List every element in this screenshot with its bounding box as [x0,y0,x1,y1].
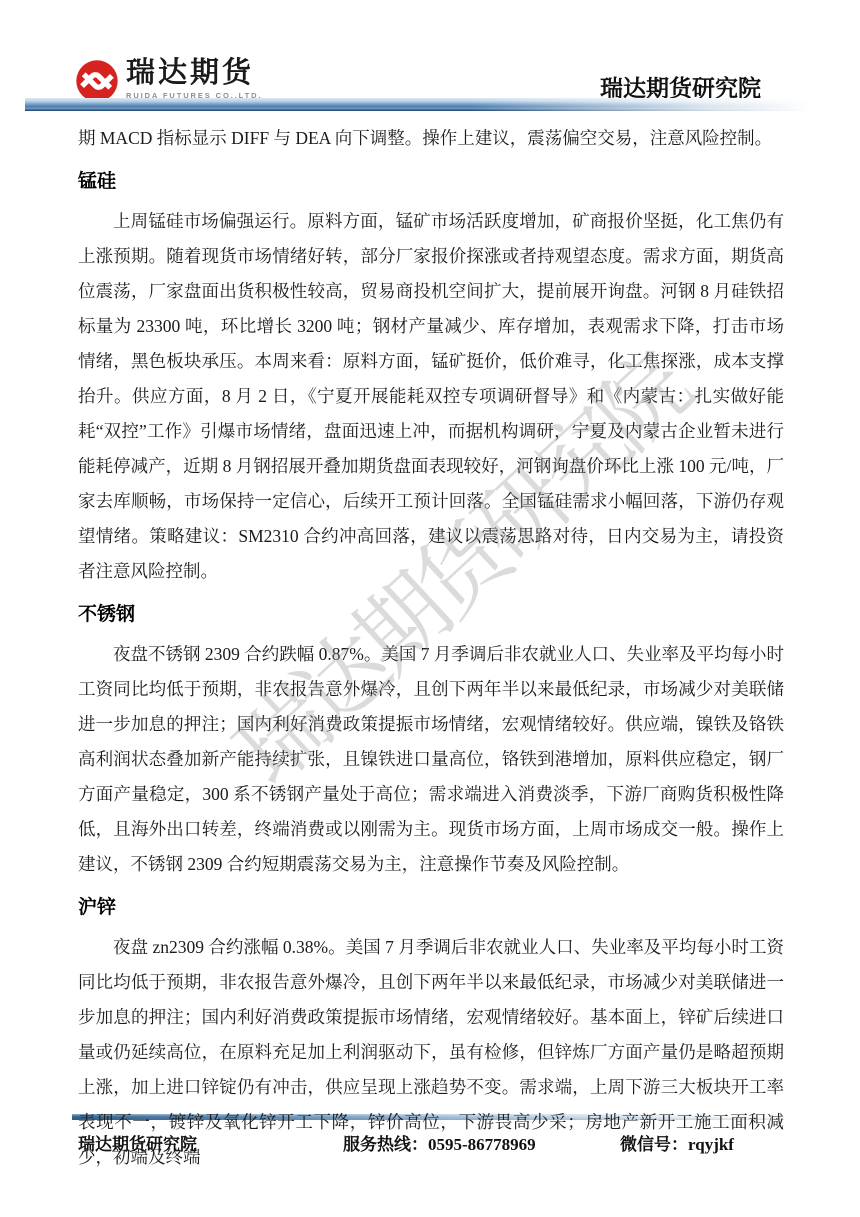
section-paragraph-stainless-steel: 夜盘不锈钢 2309 合约跌幅 0.87%。美国 7 月季调后非农就业人口、失业… [78,637,784,882]
report-page: 瑞达期货 RUIDA FUTURES CO.,LTD. 瑞达期货研究院 瑞达期货… [0,0,860,1217]
section-shanghai-zinc: 沪锌 夜盘 zn2309 合约涨幅 0.38%。美国 7 月季调后非农就业人口、… [78,896,784,1175]
section-heading-stainless-steel: 不锈钢 [78,603,784,627]
section-stainless-steel: 不锈钢 夜盘不锈钢 2309 合约跌幅 0.87%。美国 7 月季调后非农就业人… [78,603,784,882]
section-paragraph-shanghai-zinc: 夜盘 zn2309 合约涨幅 0.38%。美国 7 月季调后非农就业人口、失业率… [78,930,784,1175]
section-manganese-silicon: 锰硅 上周锰硅市场偏强运行。原料方面，锰矿市场活跃度增加，矿商报价坚挺，化工焦仍… [78,170,784,589]
section-paragraph-manganese-silicon: 上周锰硅市场偏强运行。原料方面，锰矿市场活跃度增加，矿商报价坚挺，化工焦仍有上涨… [78,204,784,589]
intro-paragraph: 期 MACD 指标显示 DIFF 与 DEA 向下调整。操作上建议，震荡偏空交易… [78,121,784,156]
header-divider [25,98,835,111]
section-heading-shanghai-zinc: 沪锌 [78,896,784,920]
report-body: 期 MACD 指标显示 DIFF 与 DEA 向下调整。操作上建议，震荡偏空交易… [78,121,784,1175]
logo-company-name: 瑞达期货 [126,56,262,90]
section-heading-manganese-silicon: 锰硅 [78,170,784,194]
